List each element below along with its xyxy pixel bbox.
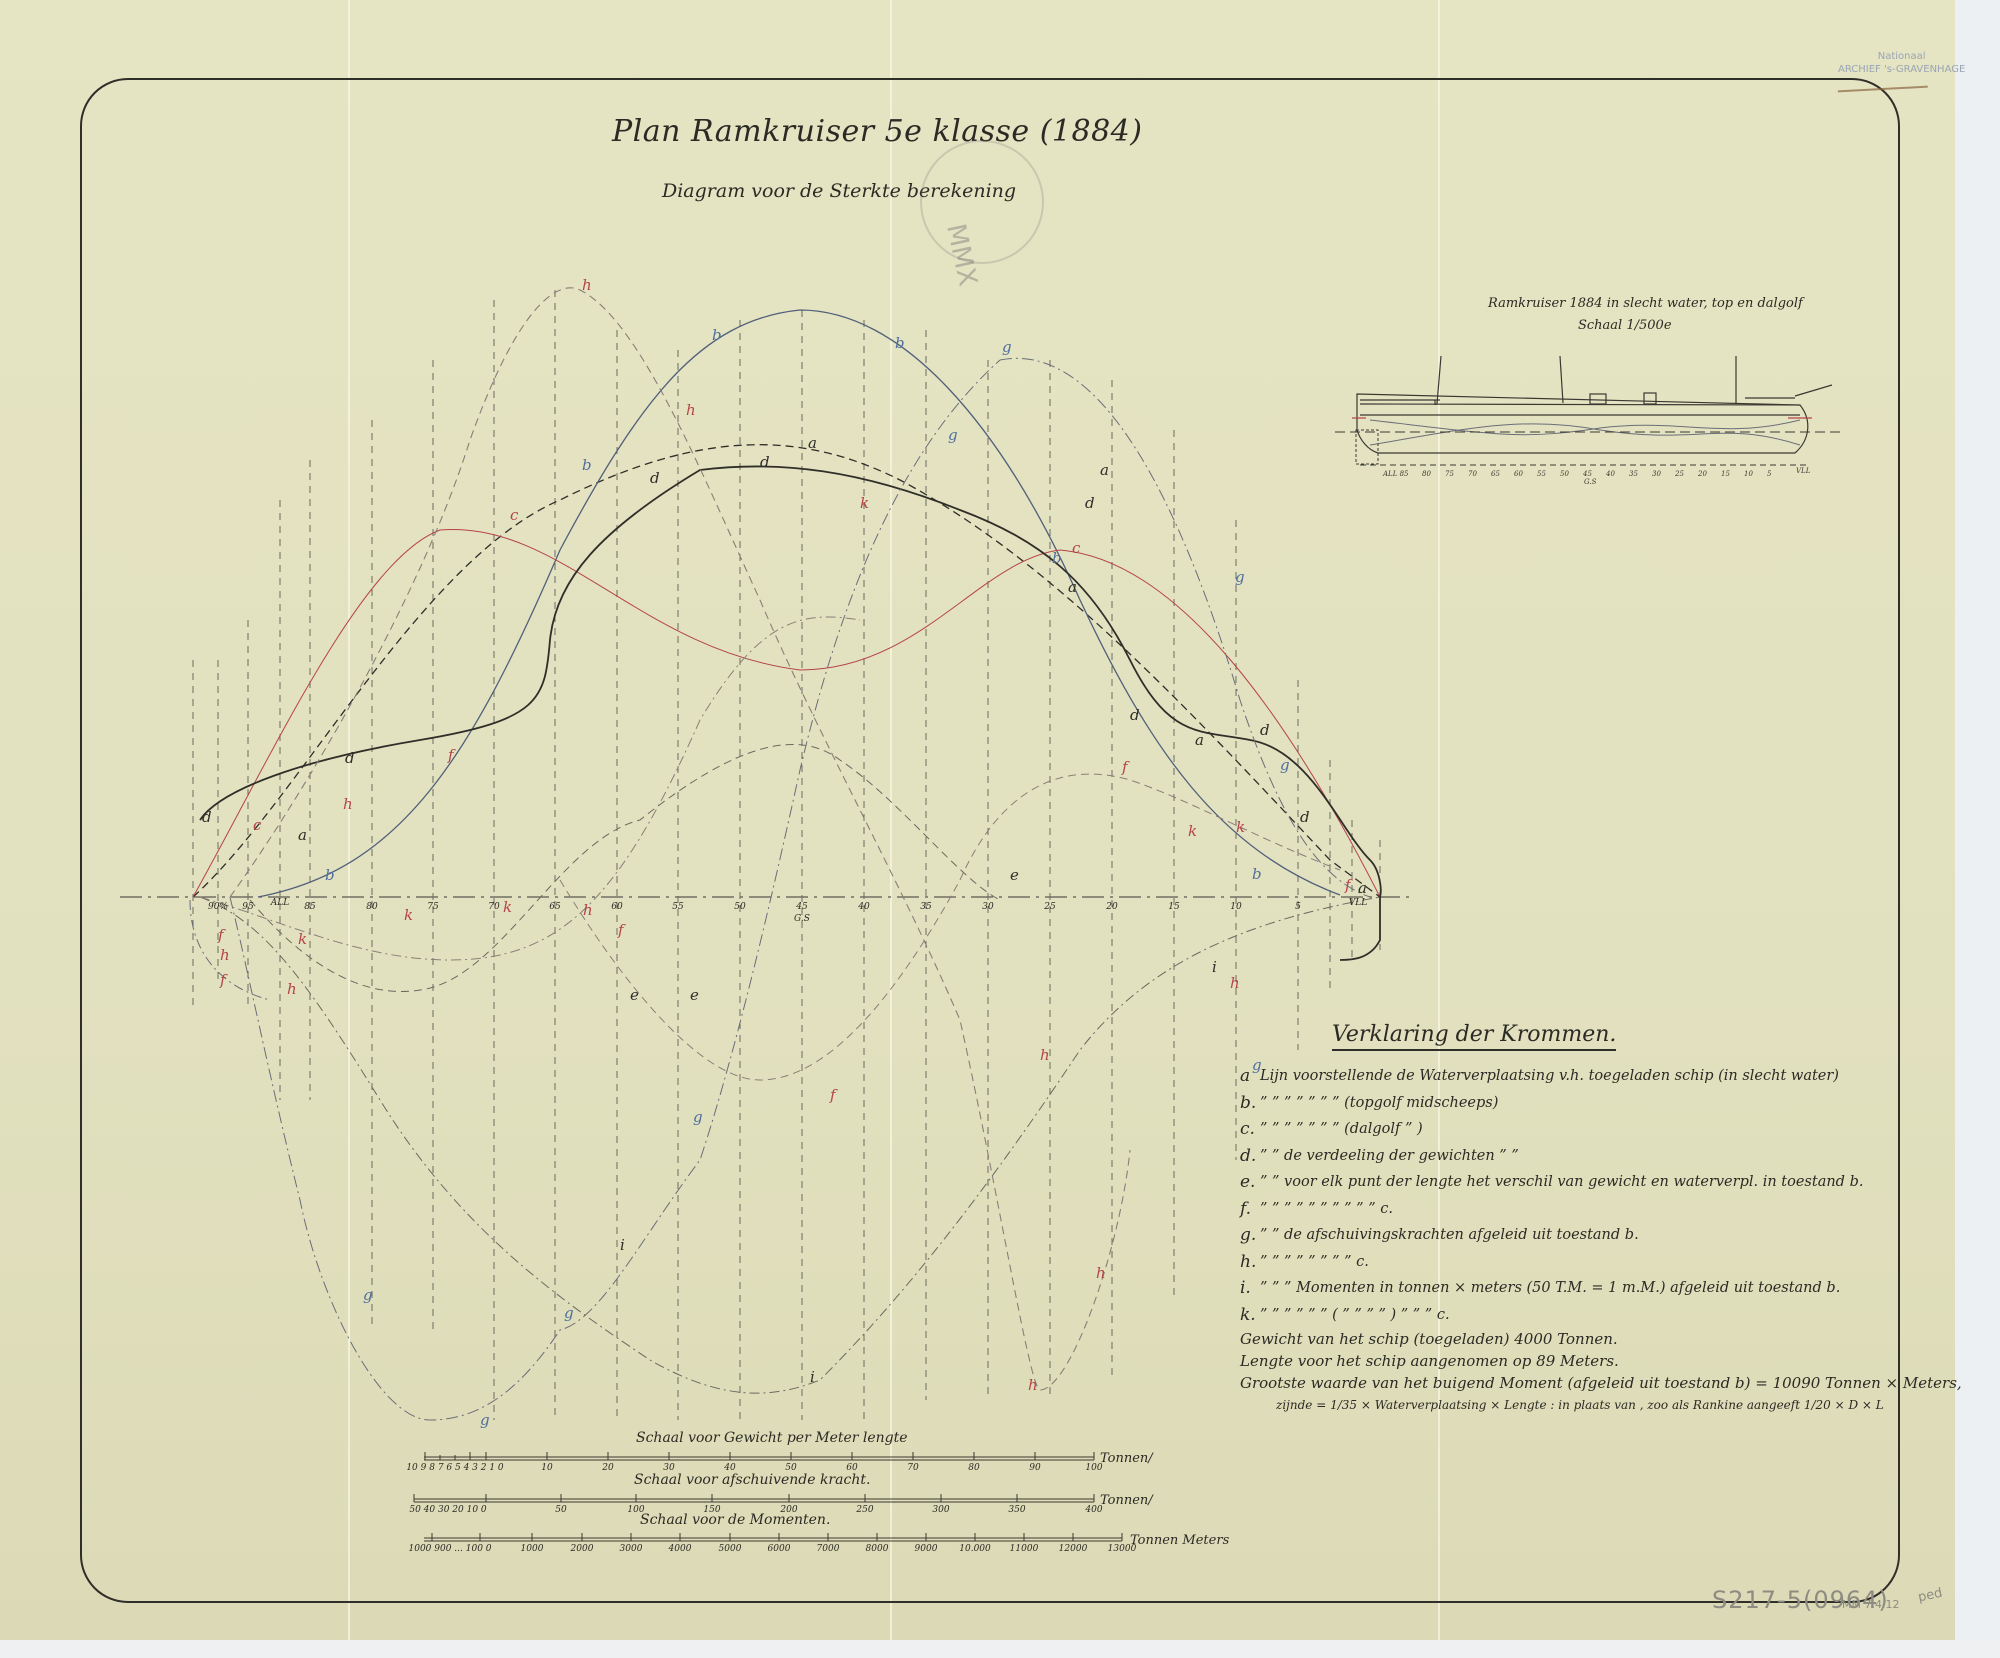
legend-row-d: d.” ” de verdeeling der gewichten ” ”	[1240, 1143, 1900, 1170]
curve-letters: h b b g h a d d a d k b c g b a c g d a …	[202, 276, 1367, 1429]
legend-row-f: f.” ” ” ” ” ” ” ” ” ” c.	[1240, 1196, 1900, 1223]
scale-3-ticks	[432, 1533, 1122, 1541]
svg-text:f: f	[219, 971, 228, 989]
svg-text:a: a	[808, 434, 817, 452]
svg-text:g: g	[1002, 338, 1012, 356]
svg-text:70: 70	[1468, 470, 1477, 478]
legend-row-k: k.” ” ” ” ” ” ( ” ” ” ” ) ” ” ” c.	[1240, 1302, 1900, 1329]
scale-shear-unit: Tonnen/	[1100, 1493, 1153, 1508]
svg-text:a: a	[1195, 731, 1204, 749]
svg-text:h: h	[1028, 1376, 1038, 1394]
svg-text:d: d	[1130, 706, 1140, 724]
legend-note-max-moment: Grootste waarde van het buigend Moment (…	[1240, 1372, 1900, 1394]
legend-row-i: i.” ” ” Momenten in tonnen × meters (50 …	[1240, 1275, 1900, 1302]
svg-text:d: d	[345, 749, 355, 767]
svg-text:5: 5	[1767, 470, 1772, 478]
curve-c	[193, 529, 1380, 897]
svg-text:d: d	[1085, 494, 1095, 512]
svg-text:b: b	[325, 866, 335, 884]
legend-title: Verklaring der Krommen.	[1332, 1022, 1616, 1051]
scale-1-ticks	[425, 1452, 1094, 1460]
svg-text:g: g	[480, 1411, 490, 1429]
svg-text:a: a	[1068, 578, 1077, 596]
svg-text:g: g	[948, 426, 958, 444]
legend-note-length: Lengte voor het schip aangenomen op 89 M…	[1240, 1350, 1900, 1372]
svg-text:f: f	[1121, 758, 1130, 776]
curve-legend: Verklaring der Krommen. aLijn voorstelle…	[1240, 1022, 1900, 1416]
svg-text:a: a	[1100, 461, 1109, 479]
svg-text:e: e	[1010, 866, 1019, 884]
legend-footnote: zijnde = 1/35 × Waterverplaatsing × Leng…	[1276, 1394, 1900, 1416]
svg-text:h: h	[1040, 1046, 1050, 1064]
svg-text:VLL: VLL	[1796, 467, 1811, 475]
legend-row-g: g.” ” de afschuivingskrachten afgeleid u…	[1240, 1222, 1900, 1249]
svg-text:d: d	[1300, 808, 1310, 826]
svg-text:f: f	[617, 921, 626, 939]
legend-row-e: e.” ” voor elk punt der lengte het versc…	[1240, 1169, 1900, 1196]
svg-text:e: e	[630, 986, 639, 1004]
svg-text:60: 60	[1514, 470, 1523, 478]
svg-text:10: 10	[1744, 470, 1753, 478]
svg-text:e: e	[690, 986, 699, 1004]
svg-text:h: h	[220, 946, 230, 964]
scale-weight-unit: Tonnen/	[1100, 1451, 1153, 1466]
svg-text:d: d	[760, 453, 770, 471]
svg-text:d: d	[202, 808, 212, 826]
scale-shear-subticks: 50 40 30 20 10 0	[409, 1505, 486, 1515]
curve-g	[230, 360, 1000, 1420]
svg-text:b: b	[1252, 865, 1262, 883]
svg-text:55: 55	[1537, 470, 1546, 478]
svg-text:b: b	[582, 456, 592, 474]
scale-moment-label: Schaal voor de Momenten.	[640, 1512, 830, 1528]
scale-moment-subticks: 1000 900 ... 100 0	[408, 1544, 491, 1554]
ship-profile-caption: Ramkruiser 1884 in slecht water, top en …	[1488, 296, 1803, 311]
svg-text:d: d	[1260, 721, 1270, 739]
svg-text:i: i	[810, 1368, 815, 1386]
svg-text:80: 80	[1422, 470, 1431, 478]
curve-stern	[190, 900, 270, 1000]
svg-text:g: g	[564, 1304, 574, 1322]
svg-text:k: k	[404, 906, 413, 924]
curve-e	[250, 744, 1000, 991]
svg-text:25: 25	[1674, 470, 1684, 478]
svg-text:c: c	[1072, 539, 1081, 557]
svg-text:65: 65	[1491, 470, 1500, 478]
curve-d	[200, 466, 1381, 960]
svg-text:30: 30	[1652, 470, 1661, 478]
svg-text:f: f	[829, 1086, 838, 1104]
svg-text:c: c	[510, 506, 519, 524]
svg-text:f: f	[217, 926, 226, 944]
svg-text:a: a	[1358, 879, 1367, 897]
legend-row-c: c.” ” ” ” ” ” ” (dalgolf ” )	[1240, 1116, 1900, 1143]
svg-text:h: h	[1230, 974, 1240, 992]
svg-text:b: b	[1052, 549, 1062, 567]
svg-text:a: a	[298, 826, 307, 844]
svg-text:15: 15	[1721, 470, 1730, 478]
station-lines	[193, 290, 1380, 1420]
svg-text:i: i	[620, 1236, 625, 1254]
svg-text:k: k	[860, 494, 869, 512]
svg-text:G.S: G.S	[1584, 478, 1597, 486]
svg-text:c: c	[253, 816, 262, 834]
svg-text:h: h	[686, 401, 696, 419]
svg-text:b: b	[712, 326, 722, 344]
legend-row-h: h.” ” ” ” ” ” ” ” c.	[1240, 1249, 1900, 1276]
svg-text:45: 45	[1582, 470, 1592, 478]
svg-text:ALL 85: ALL 85	[1382, 470, 1409, 478]
legend-row-a: aLijn voorstellende de Waterverplaatsing…	[1240, 1063, 1900, 1090]
scale-shear-label: Schaal voor afschuivende kracht.	[634, 1472, 870, 1488]
svg-text:g: g	[1235, 568, 1245, 586]
ship-station-labels: ALL 85 80 75 70 65 60 55 50 45 40 35 30 …	[1382, 467, 1811, 486]
ship-profile-drawing	[1335, 356, 1842, 465]
svg-text:75: 75	[1445, 470, 1454, 478]
svg-text:i: i	[1212, 958, 1217, 976]
svg-text:g: g	[693, 1108, 703, 1126]
svg-text:f: f	[447, 746, 456, 764]
svg-text:k: k	[298, 930, 307, 948]
svg-text:50: 50	[1560, 470, 1569, 478]
svg-text:k: k	[503, 898, 512, 916]
svg-text:b: b	[895, 334, 905, 352]
svg-text:h: h	[287, 980, 297, 998]
scale-moment-unit: Tonnen Meters	[1130, 1533, 1229, 1548]
svg-text:k: k	[1236, 818, 1245, 836]
svg-text:h: h	[582, 276, 592, 294]
svg-text:h: h	[1096, 1264, 1106, 1282]
scale-weight-subticks: 10 9 8 7 6 5 4 3 2 1 0	[406, 1463, 503, 1473]
legend-row-b: b.” ” ” ” ” ” ” (topgolf midscheeps)	[1240, 1090, 1900, 1117]
svg-text:g: g	[363, 1286, 373, 1304]
svg-text:h: h	[343, 795, 353, 813]
svg-text:g: g	[1280, 756, 1290, 774]
ship-profile-scale: Schaal 1/500e	[1578, 318, 1672, 333]
scale-2-ticks	[414, 1494, 1094, 1502]
archive-catalog-suffix: MM 7.4.12	[1842, 1598, 1899, 1611]
svg-text:h: h	[583, 901, 593, 919]
svg-text:k: k	[1188, 822, 1197, 840]
curve-i	[200, 897, 1380, 1393]
legend-note-weight: Gewicht van het schip (toegeladen) 4000 …	[1240, 1328, 1900, 1350]
curve-b	[258, 310, 1340, 897]
svg-text:d: d	[650, 469, 660, 487]
curve-h	[230, 288, 1130, 1390]
svg-text:35: 35	[1629, 470, 1638, 478]
svg-text:20: 20	[1697, 470, 1707, 478]
svg-text:40: 40	[1605, 470, 1615, 478]
scale-weight-label: Schaal voor Gewicht per Meter lengte	[636, 1430, 908, 1446]
curve-g-top	[1000, 358, 1370, 897]
